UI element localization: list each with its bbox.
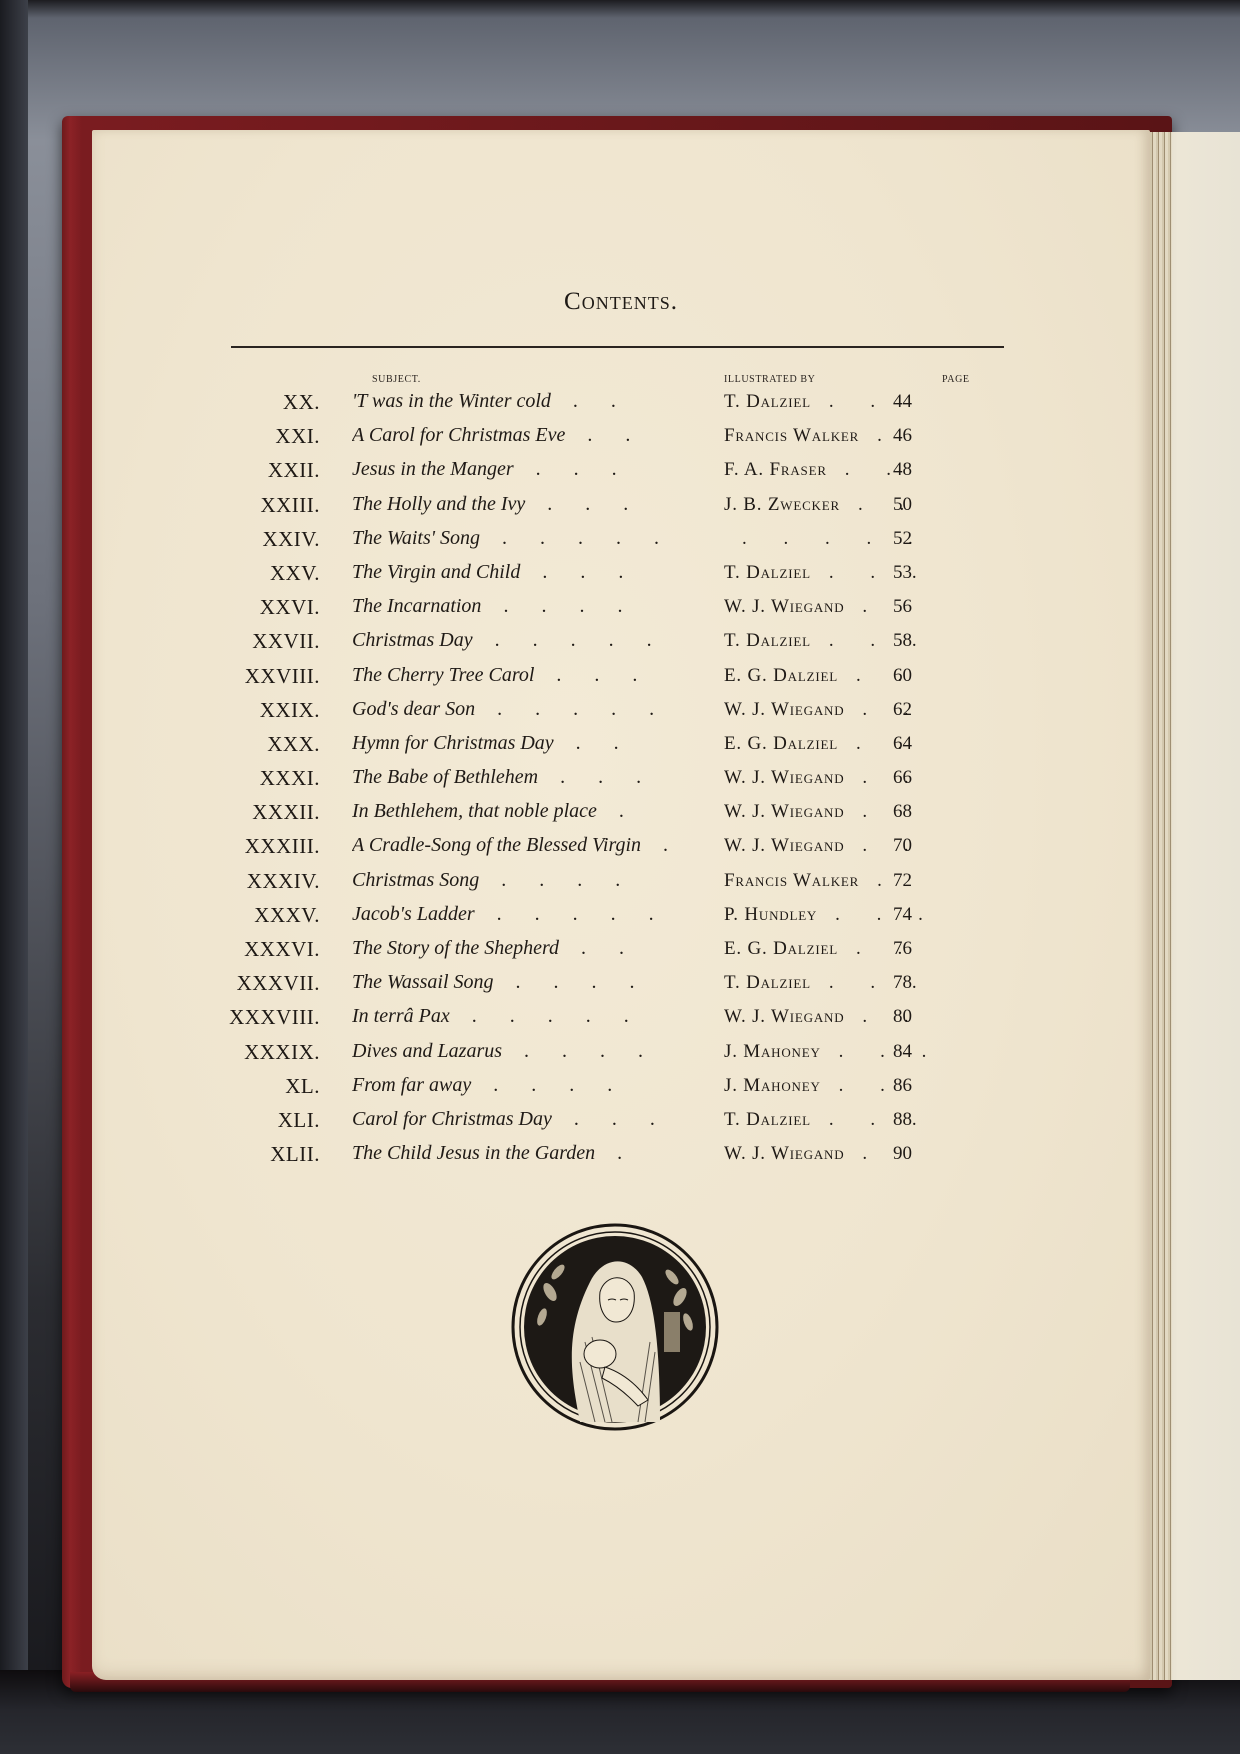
leader-dots: . . . xyxy=(821,1041,943,1062)
entry-page-number: 46 xyxy=(893,425,912,447)
contents-entry: XXXIV.Christmas Song. . . .Francis Walke… xyxy=(92,867,1150,901)
entry-number: XXX. xyxy=(267,732,320,757)
entry-subject: God's dear Son. . . . . xyxy=(352,698,780,721)
entry-number: XXIV. xyxy=(262,527,320,552)
contents-entry: XXXI.The Babe of Bethlehem. . .W. J. Wie… xyxy=(92,764,1150,798)
leader-dots: . . . . xyxy=(502,1040,657,1062)
entry-illustrator: T. Dalziel. . . xyxy=(724,630,1024,652)
leader-dots: . . . . . xyxy=(480,527,673,549)
contents-entry: XXV.The Virgin and Child. . .T. Dalziel.… xyxy=(92,559,1150,593)
entry-illustrator: . . . . . xyxy=(724,528,1024,550)
contents-entry: XXXII.In Bethlehem, that noble place.W. … xyxy=(92,798,1150,832)
leader-dots: . . . xyxy=(817,904,939,925)
entry-subject: The Wassail Song. . . . xyxy=(352,971,780,994)
entry-page-number: 62 xyxy=(893,699,912,721)
entry-illustrator: T. Dalziel. . . xyxy=(724,562,1024,584)
entry-subject: The Virgin and Child. . . xyxy=(352,561,780,584)
leader-dots: . . . . xyxy=(481,595,636,617)
entry-number: XXXV. xyxy=(254,903,320,928)
leader-dots: . . xyxy=(844,767,924,788)
entry-subject: Christmas Song. . . . xyxy=(352,869,780,892)
entry-illustrator: J. B. Zwecker. . xyxy=(724,494,1024,516)
entry-page-number: 86 xyxy=(893,1075,912,1097)
leader-dots: . . . xyxy=(552,1108,669,1130)
contents-entry: XXXVII.The Wassail Song. . . .T. Dalziel… xyxy=(92,969,1150,1003)
leader-dots: . . xyxy=(821,1075,901,1096)
contents-entry: XXIII.The Holly and the Ivy. . .J. B. Zw… xyxy=(92,491,1150,525)
entry-subject: A Carol for Christmas Eve. . xyxy=(352,424,780,447)
entry-subject: A Cradle-Song of the Blessed Virgin. xyxy=(352,834,780,857)
leader-dots: . . . . . xyxy=(475,903,668,925)
entry-illustrator: W. J. Wiegand. . xyxy=(724,699,1024,721)
entry-number: XXXVII. xyxy=(237,971,320,996)
leader-dots: . . . . . xyxy=(473,629,666,651)
contents-entry: XXXVIII.In terrâ Pax. . . . .W. J. Wiega… xyxy=(92,1003,1150,1037)
entry-number: XXI. xyxy=(275,424,320,449)
contents-entry: XXI.A Carol for Christmas Eve. .Francis … xyxy=(92,422,1150,456)
entry-number: XXXIV. xyxy=(247,869,320,894)
contents-page: Contents. Subject. Illustrated by Page X… xyxy=(92,130,1150,1680)
entry-number: XLII. xyxy=(270,1142,320,1167)
entry-number: XXVIII. xyxy=(245,664,320,689)
leader-dots: . . xyxy=(844,1006,924,1027)
contents-entry: XXVII.Christmas Day. . . . .T. Dalziel. … xyxy=(92,627,1150,661)
entry-page-number: 58 xyxy=(893,630,912,652)
contents-entry: XXIX.God's dear Son. . . . .W. J. Wiegan… xyxy=(92,696,1150,730)
leader-dots: . xyxy=(597,800,638,822)
contents-entry: XXXIII.A Cradle-Song of the Blessed Virg… xyxy=(92,832,1150,866)
entry-page-number: 90 xyxy=(893,1143,912,1165)
contents-entry: XL.From far away. . . .J. Mahoney. .86 xyxy=(92,1072,1150,1106)
entry-page-number: 56 xyxy=(893,596,912,618)
page-title: Contents. xyxy=(92,288,1150,316)
entry-subject: The Holly and the Ivy. . . xyxy=(352,493,780,516)
entry-page-number: 74 xyxy=(893,904,912,926)
entry-illustrator: W. J. Wiegand. . xyxy=(724,767,1024,789)
leader-dots: . xyxy=(595,1142,636,1164)
entry-subject: Carol for Christmas Day. . . xyxy=(352,1108,780,1131)
contents-entry: XXX.Hymn for Christmas Day. .E. G. Dalzi… xyxy=(92,730,1150,764)
column-header-page: Page xyxy=(942,374,970,385)
contents-entry: XLI.Carol for Christmas Day. . .T. Dalzi… xyxy=(92,1106,1150,1140)
entry-subject: Dives and Lazarus. . . . xyxy=(352,1040,780,1063)
entry-page-number: 53 xyxy=(893,562,912,584)
contents-entry: XXII.Jesus in the Manger. . .F. A. Frase… xyxy=(92,456,1150,490)
entry-illustrator: T. Dalziel. . xyxy=(724,391,1024,413)
leader-dots: . . xyxy=(844,835,924,856)
entry-illustrator: T. Dalziel. . . xyxy=(724,1109,1024,1131)
leader-dots: . . xyxy=(551,390,630,412)
entry-illustrator: W. J. Wiegand. xyxy=(724,801,1024,823)
leader-dots: . . . xyxy=(514,458,631,480)
entry-page-number: 50 xyxy=(893,494,912,516)
leader-dots: . . . xyxy=(811,562,933,583)
entry-page-number: 72 xyxy=(893,870,912,892)
contents-entry: XXXV.Jacob's Ladder. . . . .P. Hundley. … xyxy=(92,901,1150,935)
leader-dots: . . . xyxy=(520,561,637,583)
entry-subject: In Bethlehem, that noble place. xyxy=(352,800,780,823)
entry-subject: Hymn for Christmas Day. . xyxy=(352,732,780,755)
entry-number: XXVII. xyxy=(252,629,320,654)
entry-number: XXVI. xyxy=(260,595,320,620)
leader-dots: . . . . xyxy=(471,1074,626,1096)
leader-dots: . xyxy=(844,801,883,822)
contents-entry: XLII.The Child Jesus in the Garden.W. J.… xyxy=(92,1140,1150,1174)
entry-page-number: 88 xyxy=(893,1109,912,1131)
entry-number: XXII. xyxy=(268,458,320,483)
entry-page-number: 44 xyxy=(893,391,912,413)
contents-list: XX.'T was in the Winter cold. .T. Dalzie… xyxy=(92,388,1150,1174)
entry-illustrator: F. A. Fraser. . xyxy=(724,459,1024,481)
leader-dots: . . xyxy=(554,732,633,754)
entry-illustrator: P. Hundley. . . xyxy=(724,904,1024,926)
entry-number: XXXVIII. xyxy=(229,1005,320,1030)
entry-subject: In terrâ Pax. . . . . xyxy=(352,1005,780,1028)
entry-number: XX. xyxy=(283,390,320,415)
entry-number: XXXIX. xyxy=(244,1040,320,1065)
leader-dots: . . . xyxy=(811,630,933,651)
column-header-subject: Subject. xyxy=(372,374,421,385)
entry-subject: Jesus in the Manger. . . xyxy=(352,458,780,481)
entry-subject: The Child Jesus in the Garden. xyxy=(352,1142,780,1165)
madonna-medallion-illustration xyxy=(510,1222,720,1432)
leader-dots: . xyxy=(844,1143,883,1164)
leader-dots: . . . xyxy=(525,493,642,515)
entry-number: XLI. xyxy=(278,1108,320,1133)
entry-illustrator: W. J. Wiegand. . xyxy=(724,1006,1024,1028)
entry-illustrator: W. J. Wiegand. . xyxy=(724,835,1024,857)
entry-number: XXXVI. xyxy=(244,937,320,962)
entry-subject: The Cherry Tree Carol. . . xyxy=(352,664,780,687)
leader-dots: . . . xyxy=(534,664,651,686)
contents-entry: XXIV.The Waits' Song. . . . .. . . . .52 xyxy=(92,525,1150,559)
entry-illustrator: J. Mahoney. . xyxy=(724,1075,1024,1097)
entry-page-number: 80 xyxy=(893,1006,912,1028)
entry-illustrator: E. G. Dalziel. . xyxy=(724,938,1024,960)
book-gutter xyxy=(1150,132,1172,1680)
entry-illustrator: E. G. Dalziel. . xyxy=(724,665,1024,687)
leader-dots: . . . . xyxy=(494,971,649,993)
entry-page-number: 78 xyxy=(893,972,912,994)
leader-dots: . . xyxy=(565,424,644,446)
entry-illustrator: Francis Walker. xyxy=(724,870,1024,892)
entry-page-number: 84 xyxy=(893,1041,912,1063)
entry-illustrator: W. J. Wiegand. xyxy=(724,596,1024,618)
entry-page-number: 48 xyxy=(893,459,912,481)
entry-number: XXXI. xyxy=(260,766,320,791)
entry-subject: 'T was in the Winter cold. . xyxy=(352,390,780,413)
entry-subject: The Waits' Song. . . . . xyxy=(352,527,780,550)
entry-illustrator: J. Mahoney. . . xyxy=(724,1041,1024,1063)
entry-subject: Christmas Day. . . . . xyxy=(352,629,780,652)
leader-dots: . . . . . xyxy=(450,1005,643,1027)
background-shadow xyxy=(0,0,28,1754)
entry-illustrator: W. J. Wiegand. xyxy=(724,1143,1024,1165)
entry-page-number: 66 xyxy=(893,767,912,789)
entry-subject: Jacob's Ladder. . . . . xyxy=(352,903,780,926)
leader-dots: . . xyxy=(559,937,638,959)
entry-subject: From far away. . . . xyxy=(352,1074,780,1097)
leader-dots: . xyxy=(844,596,883,617)
entry-subject: The Incarnation. . . . xyxy=(352,595,780,618)
entry-illustrator: Francis Walker. xyxy=(724,425,1024,447)
entry-number: XXIII. xyxy=(260,493,320,518)
entry-page-number: 70 xyxy=(893,835,912,857)
entry-page-number: 52 xyxy=(893,528,912,550)
entry-number: XL. xyxy=(285,1074,320,1099)
entry-number: XXXII. xyxy=(252,800,320,825)
entry-number: XXV. xyxy=(270,561,320,586)
entry-page-number: 76 xyxy=(893,938,912,960)
leader-dots: . . . . . xyxy=(475,698,668,720)
leader-dots: . . . xyxy=(811,972,933,993)
entry-page-number: 64 xyxy=(893,733,912,755)
entry-page-number: 68 xyxy=(893,801,912,823)
leader-dots: . . xyxy=(844,699,924,720)
contents-entry: XXXIX.Dives and Lazarus. . . .J. Mahoney… xyxy=(92,1038,1150,1072)
entry-illustrator: T. Dalziel. . . xyxy=(724,972,1024,994)
leader-dots: . . . xyxy=(538,766,655,788)
entry-subject: The Babe of Bethlehem. . . xyxy=(352,766,780,789)
title-rule xyxy=(231,346,1004,348)
entry-subject: The Story of the Shepherd. . xyxy=(352,937,780,960)
contents-entry: XXVI.The Incarnation. . . .W. J. Wiegand… xyxy=(92,593,1150,627)
entry-page-number: 60 xyxy=(893,665,912,687)
leader-dots: . . . xyxy=(811,1109,933,1130)
leader-dots: . . xyxy=(811,391,891,412)
column-header-illustrated-by: Illustrated by xyxy=(724,374,815,385)
contents-entry: XXVIII.The Cherry Tree Carol. . .E. G. D… xyxy=(92,662,1150,696)
contents-entry: XXXVI.The Story of the Shepherd. .E. G. … xyxy=(92,935,1150,969)
contents-entry: XX.'T was in the Winter cold. .T. Dalzie… xyxy=(92,388,1150,422)
leader-dots: . . . . xyxy=(479,869,634,891)
entry-number: XXIX. xyxy=(260,698,320,723)
leader-dots: . xyxy=(641,834,682,856)
entry-number: XXXIII. xyxy=(245,834,320,859)
entry-illustrator: E. G. Dalziel. . xyxy=(724,733,1024,755)
